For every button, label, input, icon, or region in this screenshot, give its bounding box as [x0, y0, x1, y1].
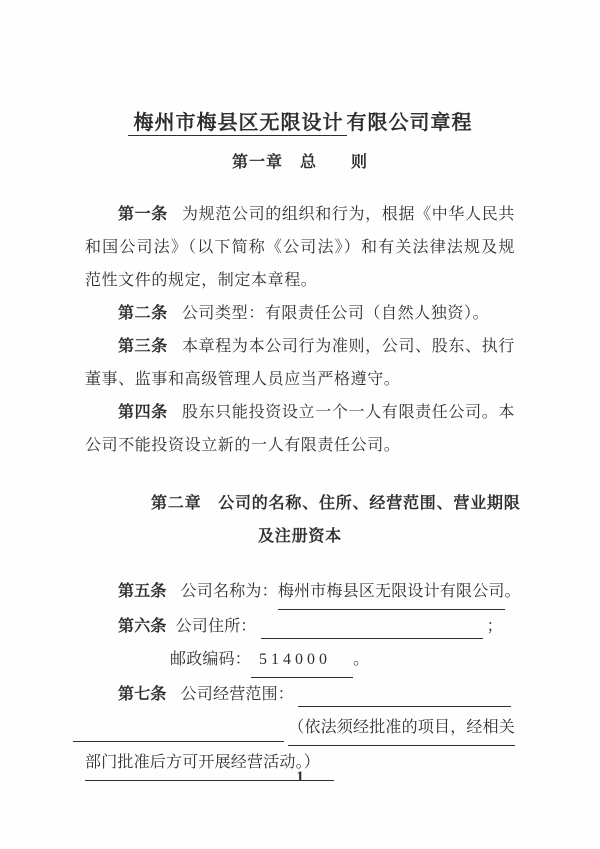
article-6-label: 第六条 — [118, 610, 167, 643]
chapter-2-heading: 第二章 公司的名称、住所、经营范围、营业期限 及注册资本 — [85, 487, 515, 553]
article-5-line: 第五条公司名称为：梅州市梅县区无限设计有限公司。 — [85, 575, 515, 610]
legal-note-line1: （依法须经批准的项目，经相关 — [85, 711, 515, 746]
general-provisions: 第一条为规范公司的组织和行为，根据《中华人民共和国公司法》（以下简称《公司法》）… — [85, 198, 515, 462]
article-6-line: 第六条公司住所：； — [85, 610, 515, 643]
article-2-label: 第二条 — [118, 305, 168, 322]
doc-title-company-name: 梅州市梅县区无限设计 — [128, 112, 347, 136]
postal-code-value: 514000 — [251, 643, 353, 678]
legal-note-text1: （依法须经批准的项目，经相关 — [288, 711, 515, 746]
article-7-lead: 公司经营范围： — [181, 678, 294, 711]
article-2-paragraph: 第二条公司类型：有限责任公司（自然人独资）。 — [85, 297, 515, 330]
article-7-line: 第七条公司经营范围： — [85, 678, 515, 711]
article-1-paragraph: 第一条为规范公司的组织和行为，根据《中华人民共和国公司法》（以下简称《公司法》）… — [85, 198, 515, 297]
article-3-paragraph: 第三条本章程为本公司行为准则，公司、股东、执行董事、监事和高级管理人员应当严格遵… — [85, 330, 515, 396]
business-scope-blank-field — [298, 684, 511, 707]
article-1-label: 第一条 — [118, 206, 168, 223]
article-5-tail: 。 — [505, 575, 521, 608]
page-number: 1 — [0, 769, 600, 786]
company-name-value: 梅州市梅县区无限设计有限公司 — [278, 575, 505, 610]
chapter-2-heading-line1: 第二章 公司的名称、住所、经营范围、营业期限 — [151, 487, 515, 520]
article-5-label: 第五条 — [118, 575, 167, 608]
doc-title-suffix: 有限公司章程 — [347, 112, 473, 134]
postal-lead: 邮政编码： — [170, 643, 251, 676]
article-2-text: 公司类型：有限责任公司（自然人独资）。 — [182, 305, 489, 322]
article-4-paragraph: 第四条股东只能投资设立一个一人有限责任公司。本公司不能投资设立新的一人有限责任公… — [85, 396, 515, 462]
business-scope-blank-field-2 — [73, 719, 284, 742]
chapter-1-heading: 第一章 总 则 — [85, 150, 515, 176]
doc-title: 梅州市梅县区无限设计有限公司章程 — [85, 108, 515, 138]
article-3-label: 第三条 — [118, 338, 168, 355]
article-7-label: 第七条 — [118, 678, 167, 711]
postal-tail: 。 — [353, 643, 369, 676]
address-blank-field — [261, 616, 483, 639]
chapter-2-heading-line2: 及注册资本 — [85, 520, 515, 553]
article-6-lead: 公司住所： — [176, 610, 257, 643]
document-page: 梅州市梅县区无限设计有限公司章程 第一章 总 则 第一条为规范公司的组织和行为，… — [0, 0, 600, 849]
article-4-label: 第四条 — [118, 404, 168, 421]
postal-code-line: 邮政编码：514000。 — [85, 643, 515, 678]
company-details: 第五条公司名称为：梅州市梅县区无限设计有限公司。 第六条公司住所：； 邮政编码：… — [85, 575, 515, 781]
document-content: 梅州市梅县区无限设计有限公司章程 第一章 总 则 第一条为规范公司的组织和行为，… — [85, 108, 515, 781]
article-5-lead: 公司名称为： — [181, 575, 278, 608]
article-6-tail: ； — [487, 610, 503, 643]
